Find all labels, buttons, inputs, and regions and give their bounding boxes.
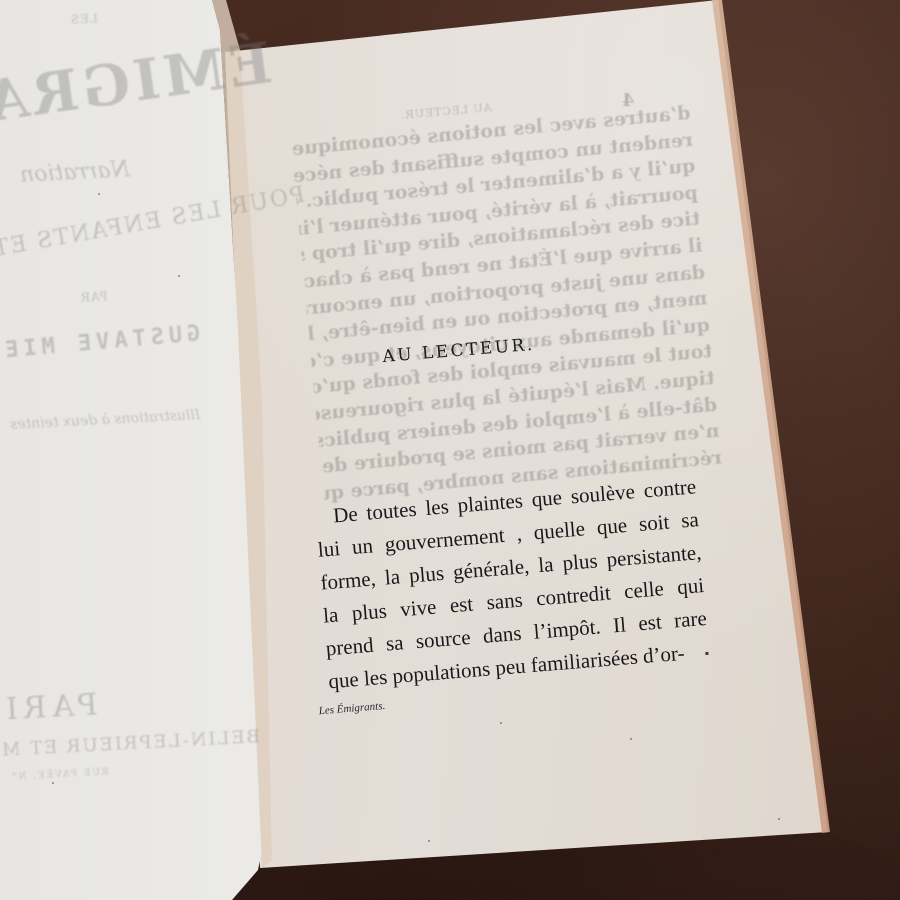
- right-page-bleed-through: d’autres avec les notions économiques, s…: [291, 100, 723, 507]
- paper-speck: [52, 782, 54, 784]
- paper-speck: [428, 840, 430, 842]
- book-photo: 4 AU LECTEUR. d’autres avec les notions …: [0, 0, 900, 900]
- paper-speck: [778, 818, 780, 820]
- body-paragraph: De toutes les plaintes que soulève contr…: [314, 470, 711, 698]
- paper-speck: [178, 275, 180, 277]
- left-bleed-city: PARI: [0, 687, 98, 727]
- printer-mark: [705, 652, 708, 655]
- paper-speck: [98, 193, 100, 195]
- left-bleed-by: PAR: [80, 289, 108, 304]
- paper-speck: [500, 722, 502, 724]
- paper-speck: [630, 738, 632, 740]
- left-bleed-small-top: LES: [70, 11, 99, 26]
